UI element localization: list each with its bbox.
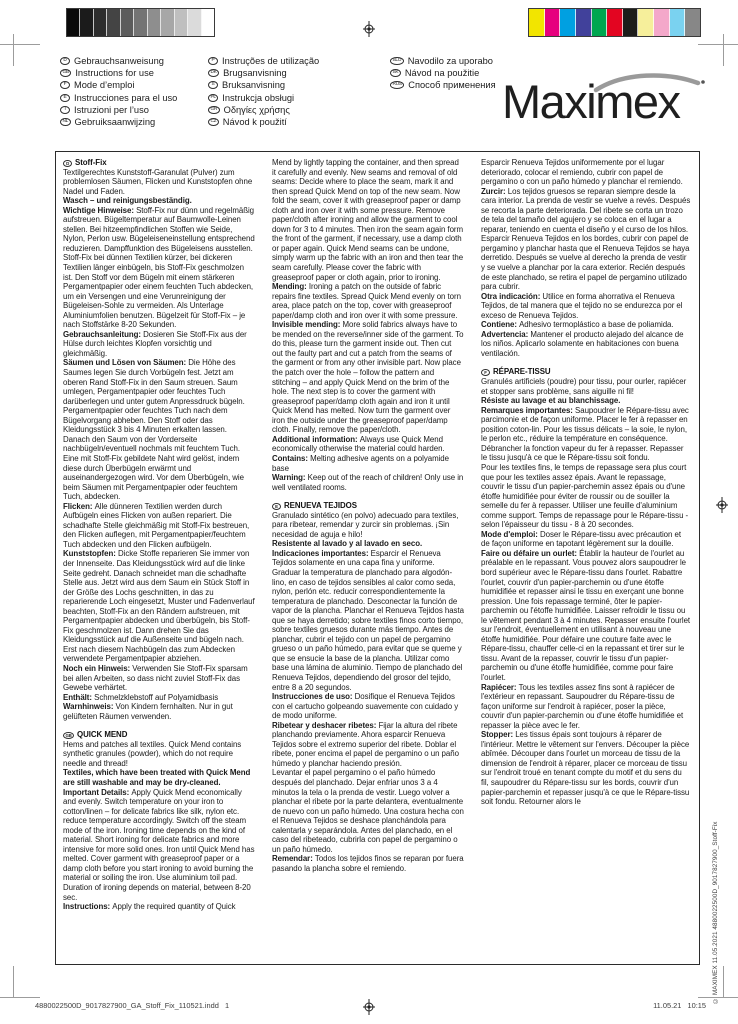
language-code-badge: D [60,57,70,65]
language-code-badge: I [60,106,70,114]
body-paragraph: Wasch – und reinigungsbeständig. [63,196,255,206]
paragraph-lead: Invisible mending: [272,320,343,329]
language-item: GBInstructions for use [60,67,177,79]
color-swatch [560,9,576,36]
paragraph-lead: Enthält: [63,693,94,702]
paragraph-lead: Instrucciones de uso: [272,692,355,701]
paragraph-lead: Instructions: [63,902,112,911]
language-label: Gebruiksaanwijzing [75,117,156,127]
paragraph-lead: Important Details: [63,788,131,797]
scanned-instruction-leaflet: DGebrauchsanweisungGBInstructions for us… [0,0,738,1024]
language-label: Instrukcja obsługi [222,93,294,103]
logo-wordmark: Maximex [502,78,680,125]
color-calibration-bar [528,8,701,37]
grayscale-swatch [175,9,188,36]
language-label: Návod k použití [223,117,287,127]
language-label: Navodilo za uporabo [408,56,493,66]
body-paragraph: Invisible mending: More solid fabrics al… [272,320,464,435]
grayscale-swatch [188,9,201,36]
body-paragraph: Warning: Keep out of the reach of childr… [272,473,464,492]
registration-mark-icon [361,21,377,37]
paragraph-lead: Remarques importantes: [481,406,575,415]
language-list-column-3: SLONavodilo za uporaboSKNávod na použiti… [390,55,496,92]
body-paragraph: Zurcir: Los tejidos gruesos se reparan s… [481,187,691,292]
crop-mark [698,44,738,45]
color-swatch [545,9,561,36]
instructions-text-frame: DStoff-FixTextilgerechtes Kunststoff-Gar… [55,151,700,965]
language-label: Instructions for use [75,68,154,78]
body-paragraph: Mending: Ironing a patch on the outside … [272,282,464,320]
body-paragraph: Resistente al lavado y al lavado en seco… [272,539,464,549]
body-paragraph: Contains: Melting adhesive agents on a p… [272,454,464,473]
color-swatch [638,9,654,36]
vertical-copyright-text: © MAXIMEX 11.05.2021 4880022500D_9017827… [712,612,719,1004]
language-label: Gebrauchsanweisung [74,56,164,66]
color-swatch [529,9,545,36]
registration-mark-icon [361,999,377,1015]
text-column-3: Esparcir Renueva Tejidos uniformemente p… [481,158,691,958]
body-paragraph: Wichtige Hinweise: Stoff-Fix nur dünn un… [63,206,255,330]
paragraph-lead: Contains: [272,454,310,463]
body-paragraph: Granulés artificiels (poudre) pour tissu… [481,377,691,396]
language-code-badge: GB [60,69,71,77]
language-list-column-2: PInstruções de utilizaçãoDKBrugsanvisnin… [208,55,319,128]
body-paragraph: Mend by lightly tapping the container, a… [272,158,464,282]
crop-mark [0,997,40,998]
language-code-badge: D [63,160,72,167]
language-code-badge: CZ [208,118,219,126]
language-label: Brugsanvisning [223,68,287,78]
body-paragraph: Stopper: Les tissus épais sont toujours … [481,730,691,806]
grayscale-swatch [148,9,161,36]
section-heading: GBQUICK MEND [63,721,255,740]
language-item: DKBrugsanvisning [208,67,319,79]
language-item: FMode d’emploi [60,79,177,91]
section-title: QUICK MEND [77,730,127,739]
body-paragraph: Advertencia: Mantener el producto alejad… [481,330,691,359]
paragraph-lead: Otra indicación: [481,292,542,301]
color-swatch [685,9,700,36]
paragraph-lead: Gebrauchsanleitung: [63,330,143,339]
language-label: Návod na použitie [405,68,479,78]
grayscale-swatch [121,9,134,36]
paragraph-lead: Zurcir: [481,187,508,196]
body-paragraph: Résiste au lavage et au blanchissage. [481,396,691,406]
language-item: PInstruções de utilização [208,55,319,67]
body-paragraph: Faire ou défaire un ourlet: Établir la h… [481,549,691,683]
grayscale-swatch [94,9,107,36]
grayscale-swatch [161,9,174,36]
footer-filename: 4880022500D_9017827900_GA_Stoff_Fix_1105… [35,1001,229,1010]
crop-mark [723,966,724,997]
language-item: SLONavodilo za uporabo [390,55,496,67]
crop-mark [13,34,14,66]
paragraph-lead: Additional information: [272,435,360,444]
body-paragraph: Pour les textiles fins, le temps de repa… [481,463,691,530]
language-code-badge: GB [63,732,74,739]
body-paragraph: Mode d'emploi: Doser le Répare-tissu ave… [481,530,691,549]
body-paragraph: Flicken: Alle dünneren Textilien werden … [63,502,255,550]
body-paragraph: Esparcir Renueva Tejidos uniformemente p… [481,158,691,187]
paragraph-lead: Mending: [272,282,309,291]
paragraph-lead: Stopper: [481,730,515,739]
body-paragraph: Textiles, which have been treated with Q… [63,768,255,787]
language-code-badge: RUS [390,81,404,89]
grayscale-swatch [107,9,120,36]
text-column-1: DStoff-FixTextilgerechtes Kunststoff-Gar… [63,158,255,958]
language-code-badge: NL [60,118,71,126]
language-item: IIstruzioni per l’uso [60,104,177,116]
paragraph-lead: Remendar: [272,854,315,863]
paragraph-lead: Faire ou défaire un ourlet: [481,549,579,558]
grayscale-swatch [67,9,80,36]
body-paragraph: Remendar: Todos los tejidos finos se rep… [272,854,464,873]
language-label: Instrucciones para el uso [74,93,177,103]
color-swatch [576,9,592,36]
registration-mark-icon [714,497,730,513]
language-label: Οδηγίες χρήσης [224,105,290,115]
paragraph-lead: Säumen und Lösen von Säumen: [63,358,188,367]
language-code-badge: SK [390,69,401,77]
body-paragraph: Granulado sintético (en polvo) adecuado … [272,511,464,540]
text-column-2: Mend by lightly tapping the container, a… [272,158,464,958]
language-item: GRΟδηγίες χρήσης [208,104,319,116]
body-paragraph: Gebrauchsanleitung: Dosieren Sie Stoff-F… [63,330,255,359]
section-heading: FRÉPARE-TISSU [481,358,691,377]
section-title: Stoff-Fix [75,158,107,167]
language-item: RUSСпособ применения [390,79,496,91]
body-paragraph: Otra indicación: Utilice en forma ahorra… [481,292,691,321]
body-paragraph: Säumen und Lösen von Säumen: Die Höhe de… [63,358,255,501]
body-paragraph: Instructions: Apply the required quantit… [63,902,255,912]
paragraph-lead: Contiene: [481,320,519,329]
language-item: NLGebruiksaanwijzing [60,116,177,128]
body-paragraph: Noch ein Hinweis: Verwenden Sie Stoff-Fi… [63,664,255,693]
paragraph-lead: Rapiécer: [481,683,519,692]
paragraph-lead: Mode d'emploi: [481,530,540,539]
section-heading: ERENUEVA TEJIDOS [272,492,464,511]
color-swatch [670,9,686,36]
language-code-badge: F [481,369,490,376]
language-code-badge: E [272,503,281,510]
crop-mark [13,966,14,997]
maximex-logo: Maximex [500,70,704,134]
paragraph-lead: Ribetear y deshacer ribetes: [272,721,378,730]
language-label: Способ применения [408,80,495,90]
language-code-badge: GR [208,106,220,114]
language-code-badge: E [60,94,70,102]
color-swatch [654,9,670,36]
body-paragraph: Kunststopfen: Dicke Stoffe reparieren Si… [63,549,255,664]
crop-mark [723,34,724,66]
body-paragraph: Ribetear y deshacer ribetes: Fijar la al… [272,721,464,769]
language-item: SKNávod na použitie [390,67,496,79]
language-code-badge: F [60,81,70,89]
section-heading: DStoff-Fix [63,158,255,168]
language-code-badge: PL [208,94,218,102]
paragraph-lead: Wichtige Hinweise: [63,206,136,215]
language-item: DGebrauchsanweisung [60,55,177,67]
body-paragraph: Important Details: Apply Quick Mend econ… [63,788,255,903]
body-paragraph: Rapiécer: Tous les textiles assez fins s… [481,683,691,731]
paragraph-lead: Warning: [272,473,308,482]
language-item: SBruksanvisning [208,79,319,91]
paragraph-lead: Advertencia: [481,330,530,339]
language-code-badge: DK [208,69,219,77]
body-paragraph: Enthält: Schmelzklebstoff auf Polyamidba… [63,693,255,703]
language-item: CZNávod k použití [208,116,319,128]
language-code-badge: S [208,81,218,89]
body-paragraph: Levantar el papel pergamino o el paño hú… [272,768,464,854]
footer-datetime: 11.05.21 10:15 [653,1001,706,1010]
grayscale-swatch [134,9,147,36]
section-title: RENUEVA TEJIDOS [284,501,357,510]
paragraph-lead: Noch ein Hinweis: [63,664,132,673]
grayscale-swatch [202,9,214,36]
grayscale-swatch [80,9,93,36]
paragraph-lead: Indicaciones importantes: [272,549,371,558]
language-label: Istruzioni per l’uso [74,105,149,115]
body-paragraph: Warnhinweis: Von Kindern fernhalten. Nur… [63,702,255,721]
body-paragraph: Contiene: Adhesivo termoplástico a base … [481,320,691,330]
language-code-badge: SLO [390,57,404,65]
language-item: PLInstrukcja obsługi [208,92,319,104]
color-swatch [592,9,608,36]
color-swatch [607,9,623,36]
crop-mark [0,44,40,45]
paragraph-lead: Flicken: [63,502,95,511]
body-paragraph: Remarques importantes: Saupoudrer le Rép… [481,406,691,463]
paragraph-lead: Warnhinweis: [63,702,116,711]
language-label: Instruções de utilização [222,56,319,66]
body-paragraph: Indicaciones importantes: Esparcir el Re… [272,549,464,692]
language-code-badge: P [208,57,218,65]
section-title: RÉPARE-TISSU [493,367,551,376]
paragraph-lead: Kunststopfen: [63,549,118,558]
body-paragraph: Instrucciones de uso: Dosifique el Renue… [272,692,464,721]
color-swatch [623,9,639,36]
language-label: Mode d’emploi [74,80,134,90]
body-paragraph: Additional information: Always use Quick… [272,435,464,454]
language-label: Bruksanvisning [222,80,285,90]
body-paragraph: Textilgerechtes Kunststoff-Garanulat (Pu… [63,168,255,197]
body-paragraph: Hems and patches all textiles. Quick Men… [63,740,255,769]
language-list-column-1: DGebrauchsanweisungGBInstructions for us… [60,55,177,128]
grayscale-calibration-bar [66,8,215,37]
language-item: EInstrucciones para el uso [60,92,177,104]
